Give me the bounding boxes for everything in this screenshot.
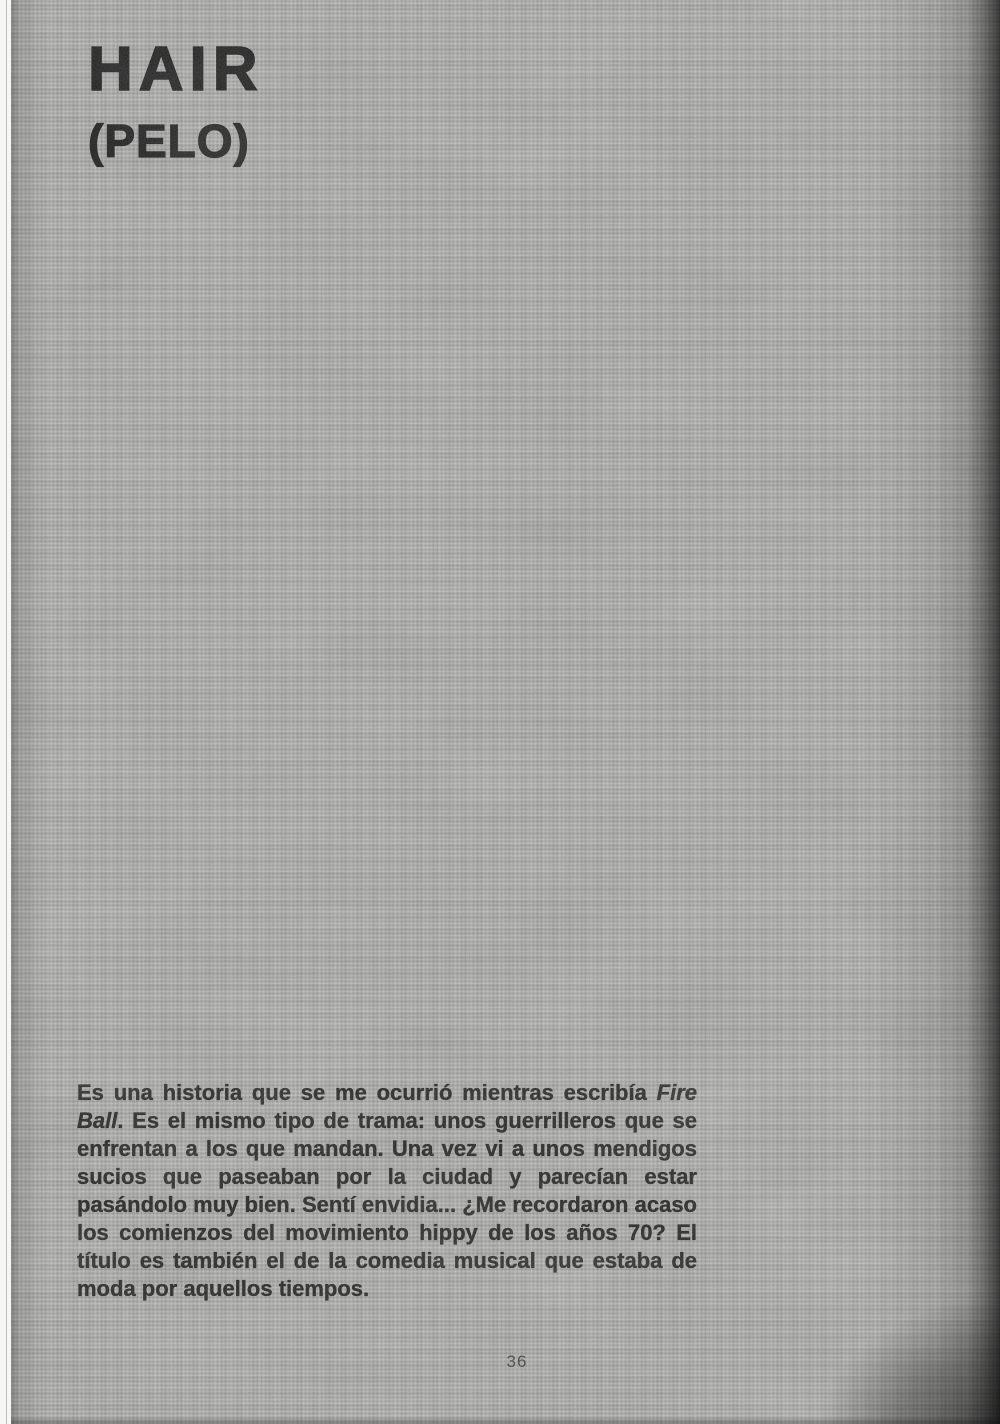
scan-margin-line	[6, 0, 7, 1424]
bottom-edge-shadow	[11, 1416, 1000, 1424]
left-gutter-shadow	[11, 0, 45, 1424]
page-number: 36	[507, 1352, 528, 1372]
page-surface: HAIR (PELO) Es una historia que se me oc…	[11, 0, 1000, 1424]
paragraph-rest: . Es el mismo tipo de trama: unos guerri…	[77, 1108, 697, 1301]
paragraph-lead: Es una historia que se me ocurrió mientr…	[77, 1080, 657, 1105]
page-title: HAIR	[88, 38, 264, 102]
scanned-book-page: HAIR (PELO) Es una historia que se me oc…	[0, 0, 1000, 1424]
bottom-right-corner-shadow	[680, 1184, 1000, 1424]
page-subtitle: (PELO)	[88, 116, 250, 166]
body-paragraph: Es una historia que se me ocurrió mientr…	[77, 1079, 697, 1303]
